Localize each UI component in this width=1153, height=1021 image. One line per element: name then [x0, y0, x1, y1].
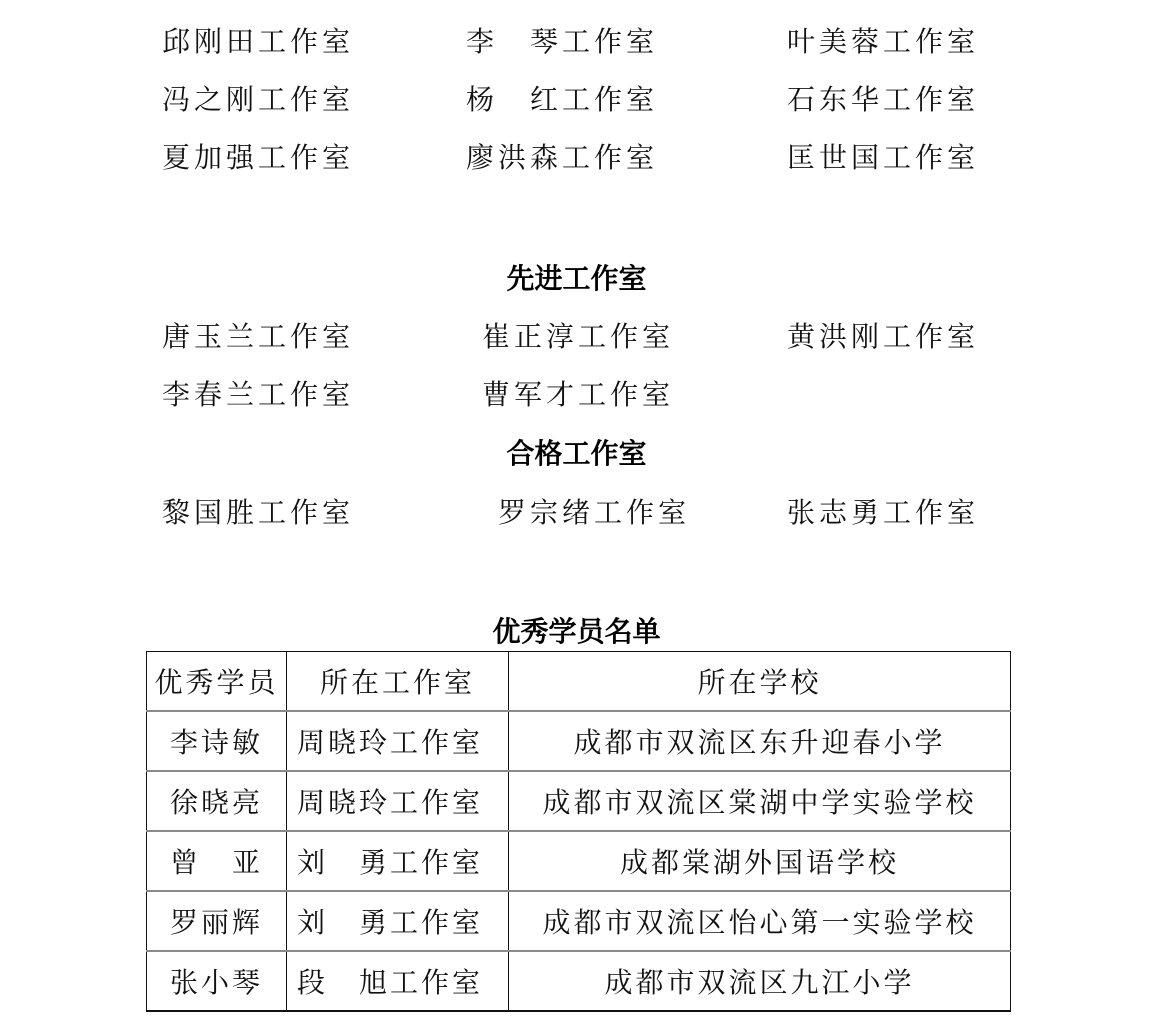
studio-row: 李春兰工作室 曹军才工作室 — [0, 373, 1153, 413]
studio-name: 冯之刚工作室 — [162, 78, 354, 118]
student-studio: 周晓玲工作室 — [287, 771, 509, 831]
studio-name: 匡世国工作室 — [787, 136, 979, 176]
student-school: 成都市双流区怡心第一实验学校 — [509, 891, 1011, 951]
studio-row: 邱刚田工作室 李 琴工作室 叶美蓉工作室 — [0, 20, 1153, 60]
student-studio: 刘 勇工作室 — [287, 891, 509, 951]
students-table: 优秀学员 所在工作室 所在学校 李诗敏 周晓玲工作室 成都市双流区东升迎春小学 … — [146, 651, 1011, 1012]
student-school: 成都市双流区九江小学 — [509, 951, 1011, 1011]
student-name: 曾 亚 — [147, 831, 287, 891]
studio-row: 夏加强工作室 廖洪森工作室 匡世国工作室 — [0, 136, 1153, 176]
studio-name: 罗宗绪工作室 — [498, 491, 690, 531]
student-name: 李诗敏 — [147, 711, 287, 771]
students-list-heading: 优秀学员名单 — [0, 610, 1153, 650]
table-row: 张小琴 段 旭工作室 成都市双流区九江小学 — [147, 951, 1011, 1011]
student-studio: 周晓玲工作室 — [287, 711, 509, 771]
student-name: 张小琴 — [147, 951, 287, 1011]
studio-name: 廖洪森工作室 — [466, 136, 658, 176]
studio-name: 李春兰工作室 — [162, 373, 354, 413]
table-row: 李诗敏 周晓玲工作室 成都市双流区东升迎春小学 — [147, 711, 1011, 771]
student-school: 成都市双流区东升迎春小学 — [509, 711, 1011, 771]
table-row: 曾 亚 刘 勇工作室 成都棠湖外国语学校 — [147, 831, 1011, 891]
qualified-studios-heading: 合格工作室 — [0, 432, 1153, 472]
student-school: 成都市双流区棠湖中学实验学校 — [509, 771, 1011, 831]
table-row: 罗丽辉 刘 勇工作室 成都市双流区怡心第一实验学校 — [147, 891, 1011, 951]
studio-name: 李 琴工作室 — [466, 20, 658, 60]
studio-name: 崔正淳工作室 — [482, 315, 674, 355]
studio-name: 杨 红工作室 — [466, 78, 658, 118]
student-school: 成都棠湖外国语学校 — [509, 831, 1011, 891]
header-school: 所在学校 — [509, 652, 1011, 712]
header-studio: 所在工作室 — [287, 652, 509, 712]
studio-row: 冯之刚工作室 杨 红工作室 石东华工作室 — [0, 78, 1153, 118]
studio-name: 黎国胜工作室 — [162, 491, 354, 531]
student-studio: 刘 勇工作室 — [287, 831, 509, 891]
table-header-row: 优秀学员 所在工作室 所在学校 — [147, 652, 1011, 712]
header-student: 优秀学员 — [147, 652, 287, 712]
studio-name: 张志勇工作室 — [787, 491, 979, 531]
studio-name: 夏加强工作室 — [162, 136, 354, 176]
studio-name: 曹军才工作室 — [482, 373, 674, 413]
studio-name: 黄洪刚工作室 — [787, 315, 979, 355]
studio-name: 唐玉兰工作室 — [162, 315, 354, 355]
student-name: 罗丽辉 — [147, 891, 287, 951]
studio-row: 黎国胜工作室 罗宗绪工作室 张志勇工作室 — [0, 491, 1153, 531]
student-studio: 段 旭工作室 — [287, 951, 509, 1011]
studio-name: 邱刚田工作室 — [162, 20, 354, 60]
studio-name: 石东华工作室 — [787, 78, 979, 118]
studio-name: 叶美蓉工作室 — [787, 20, 979, 60]
table-row: 徐晓亮 周晓玲工作室 成都市双流区棠湖中学实验学校 — [147, 771, 1011, 831]
studio-row: 唐玉兰工作室 崔正淳工作室 黄洪刚工作室 — [0, 315, 1153, 355]
advanced-studios-heading: 先进工作室 — [0, 257, 1153, 297]
student-name: 徐晓亮 — [147, 771, 287, 831]
